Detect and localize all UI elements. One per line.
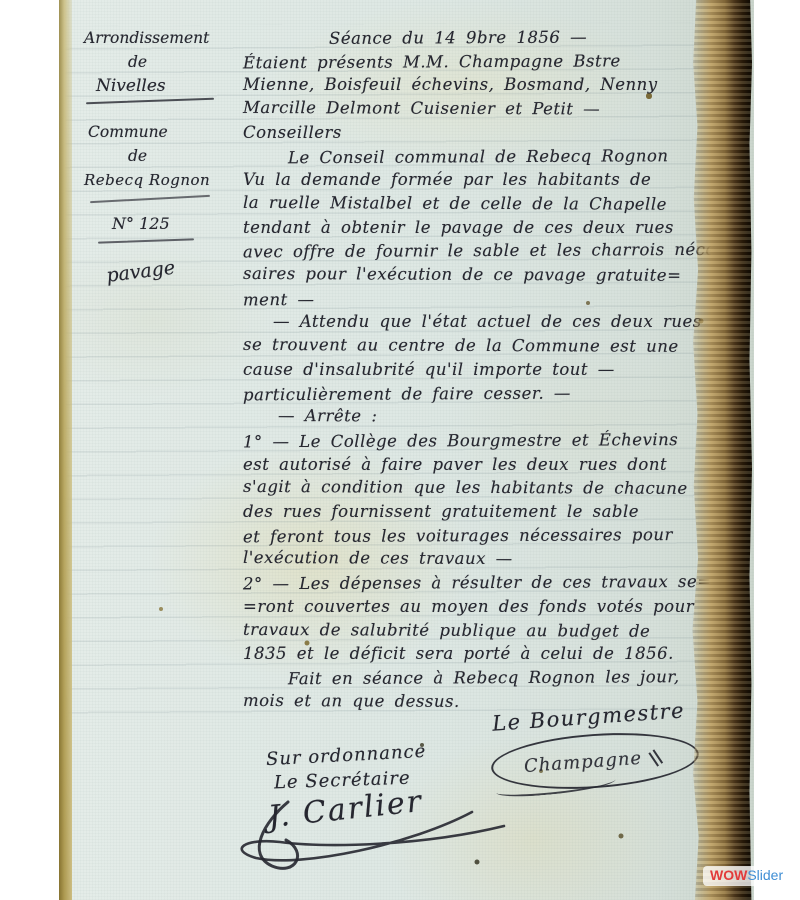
text-line: travaux de salubrité publique au budget … <box>243 617 745 643</box>
book-edge <box>690 0 752 900</box>
text-line: est autorisé à faire paver les deux rues… <box>243 453 745 477</box>
ink-rule <box>86 98 214 104</box>
margin-annotations: Arrondissement de Nivelles Commune de Re… <box>84 26 236 280</box>
margin-de: de <box>128 144 236 168</box>
text-line: des rues fournissent gratuitement le sab… <box>243 500 745 524</box>
margin-de: de <box>128 50 236 74</box>
text-line: =ront couvertes au moyen des fonds votés… <box>243 595 745 619</box>
text-line: et feront tous les voiturages nécessaire… <box>243 522 745 548</box>
foxing-specks <box>0 0 2 2</box>
text-line: ment — <box>243 285 745 311</box>
margin-nivelles: Nivelles <box>96 74 236 98</box>
signature-flourish <box>222 796 542 882</box>
slider-label: Slider <box>747 867 783 883</box>
ink-rule <box>90 195 210 203</box>
text-line: Étaient présents M.M. Champagne Bstre <box>243 48 745 74</box>
bourgmestre-signature: Champagne <box>523 747 642 776</box>
scanned-register-page: Arrondissement de Nivelles Commune de Re… <box>0 0 800 900</box>
text-line: Mienne, Boisfeuil échevins, Bosmand, Nen… <box>243 73 745 97</box>
text-line: 1° — Le Collège des Bourgmestre et Échev… <box>243 428 745 454</box>
text-line: — Attendu que l'état actuel de ces deux … <box>273 310 745 334</box>
wowslider-watermark[interactable]: WOWSlider <box>703 866 790 886</box>
text-line: cause d'insalubrité qu'il importe tout — <box>243 358 745 382</box>
margin-commune: Commune <box>88 120 236 144</box>
wow-label: WOW <box>710 867 747 883</box>
ink-rule <box>98 238 194 243</box>
text-line: Fait en séance à Rebecq Rognon les jour, <box>288 665 745 691</box>
text-line: tendant à obtenir le pavage de ces deux … <box>243 216 745 240</box>
paraph-flourish <box>649 749 666 764</box>
text-line: s'agit à condition que les habitants de … <box>243 475 745 501</box>
page-left-edge <box>59 0 72 900</box>
text-line: Conseillers <box>243 121 745 145</box>
text-line: Marcille Delmont Cuisenier et Petit — <box>243 96 745 122</box>
text-line: 1835 et le déficit sera porté à celui de… <box>243 642 745 666</box>
text-line: Le Conseil communal de Rebecq Rognon <box>288 143 745 169</box>
margin-commune-name: Rebecq Rognon <box>84 168 236 192</box>
text-line: l'exécution de ces travaux — <box>243 546 745 572</box>
margin-arrondissement: Arrondissement <box>84 26 236 50</box>
attendance-block: Étaient présents M.M. Champagne BstreMie… <box>243 50 745 145</box>
text-line: la ruelle Mistalbel et de celle de la Ch… <box>243 191 745 217</box>
deliberation-body: Le Conseil communal de Rebecq RognonVu l… <box>243 145 745 714</box>
deliberation-text: Séance du 14 9bre 1856 — Étaient présent… <box>243 26 745 713</box>
text-line: saires pour l'exécution de ce pavage gra… <box>243 262 745 288</box>
text-line: Vu la demande formée par les habitants d… <box>243 168 745 192</box>
margin-act-number: N° 125 <box>112 212 236 236</box>
text-line: 2° — Les dépenses à résulter de ces trav… <box>243 570 745 596</box>
text-line: particulièrement de faire cesser. — <box>243 380 745 406</box>
session-heading: Séance du 14 9bre 1856 — <box>243 25 745 51</box>
text-line: — Arrête : <box>278 404 745 430</box>
text-line: se trouvent au centre de la Commune est … <box>243 333 745 359</box>
text-line: avec offre de fournir le sable et les ch… <box>243 238 745 264</box>
